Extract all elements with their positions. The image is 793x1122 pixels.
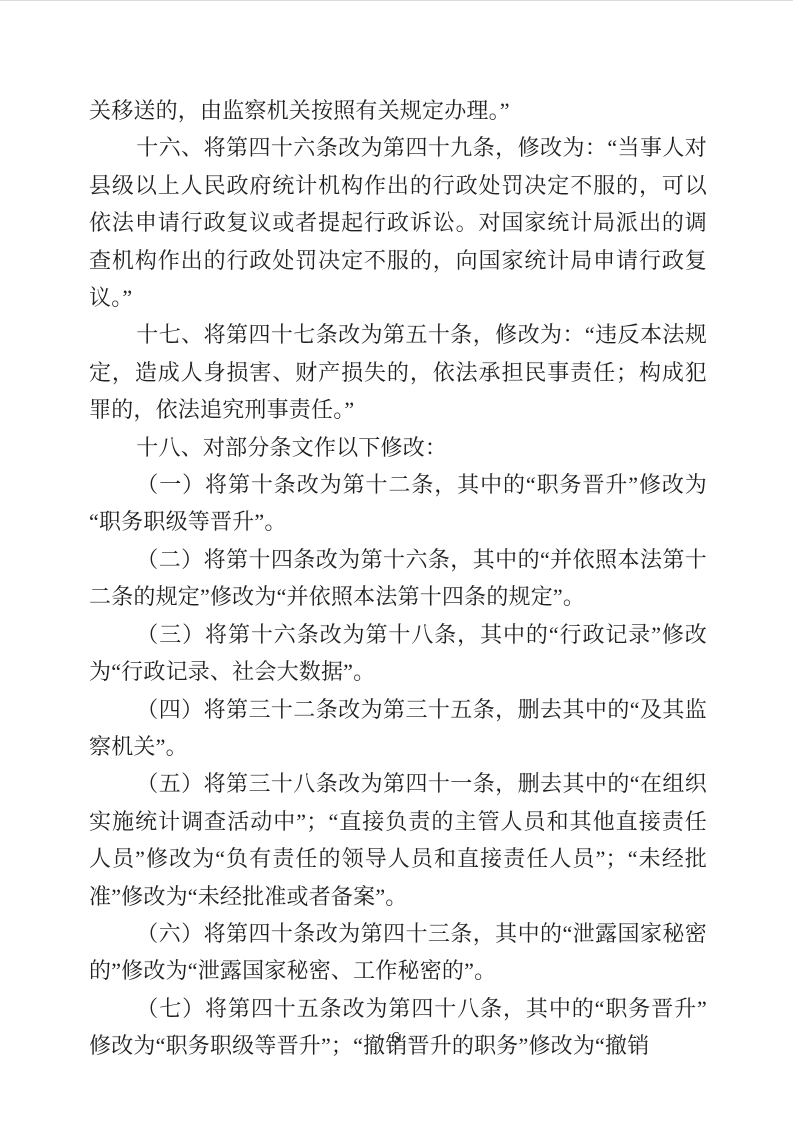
paragraph: （五）将第三十八条改为第四十一条，删去其中的“在组织实施统计调查活动中”；“直接…: [89, 765, 707, 915]
paragraph: （四）将第三十二条改为第三十五条，删去其中的“及其监察机关”。: [89, 691, 707, 766]
page-footer: - 6 -: [0, 1028, 793, 1048]
paragraph: （二）将第十四条改为第十六条，其中的“并依照本法第十二条的规定”修改为“并依照本…: [89, 541, 707, 616]
paragraph: （三）将第十六条改为第十八条，其中的“行政记录”修改为“行政记录、社会大数据”。: [89, 616, 707, 691]
document-body: 关移送的，由监察机关按照有关规定办理。”十六、将第四十六条改为第四十九条，修改为…: [89, 92, 707, 1065]
paragraph: 十七、将第四十七条改为第五十条，修改为：“违反本法规定，造成人身损害、财产损失的…: [89, 316, 707, 428]
paragraph: 十八、对部分条文作以下修改：: [89, 429, 707, 466]
document-page: 关移送的，由监察机关按照有关规定办理。”十六、将第四十六条改为第四十九条，修改为…: [0, 0, 793, 1122]
paragraph: （一）将第十条改为第十二条，其中的“职务晋升”修改为“职务职级等晋升”。: [89, 466, 707, 541]
paragraph: （六）将第四十条改为第四十三条，其中的“泄露国家秘密的”修改为“泄露国家秘密、工…: [89, 915, 707, 990]
paragraph: 关移送的，由监察机关按照有关规定办理。”: [89, 92, 707, 129]
page-number: - 6 -: [377, 1028, 415, 1047]
paragraph: 十六、将第四十六条改为第四十九条，修改为：“当事人对县级以上人民政府统计机构作出…: [89, 129, 707, 316]
scan-edge-artifact: [0, 0, 793, 1]
